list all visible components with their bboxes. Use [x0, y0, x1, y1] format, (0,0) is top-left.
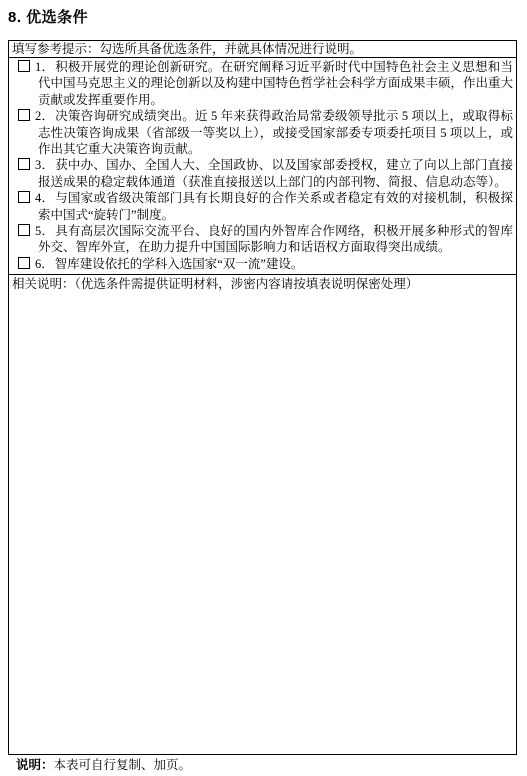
page-title: 8. 优选条件	[8, 6, 88, 27]
related-notes-blank-area[interactable]	[12, 293, 513, 753]
item-number: 1．	[35, 60, 54, 74]
form-page: 8. 优选条件 填写参考提示：勾选所具备优选条件，并就具体情况进行说明。 1．积…	[0, 0, 527, 776]
condition-item-5: 5．具有高层次国际交流平台、良好的国内外智库合作网络，积极开展多种形式的智库外交…	[12, 223, 513, 256]
preferred-conditions-table: 填写参考提示：勾选所具备优选条件，并就具体情况进行说明。 1．积极开展党的理论创…	[8, 40, 517, 755]
related-notes-label: 相关说明：（优选条件需提供证明材料，涉密内容请按填表说明保密处理）	[12, 276, 513, 293]
footer-note: 说明：本表可自行复制、加页。	[16, 757, 191, 774]
checkbox-unchecked-icon[interactable]	[18, 109, 30, 121]
item-number: 2．	[35, 109, 54, 123]
checkbox-unchecked-icon[interactable]	[18, 60, 30, 72]
checkbox-unchecked-icon[interactable]	[18, 158, 30, 170]
checkbox-unchecked-icon[interactable]	[18, 257, 30, 269]
fill-tip-row: 填写参考提示：勾选所具备优选条件，并就具体情况进行说明。	[9, 41, 516, 58]
fill-tip-text: 填写参考提示：勾选所具备优选条件，并就具体情况进行说明。	[12, 42, 362, 56]
item-text: 积极开展党的理论创新研究。在研究阐释习近平新时代中国特色社会主义思想和当代中国马…	[38, 60, 513, 107]
condition-items-section: 1．积极开展党的理论创新研究。在研究阐释习近平新时代中国特色社会主义思想和当代中…	[9, 58, 516, 275]
item-number: 6．	[35, 257, 54, 271]
item-text: 获中办、国办、全国人大、全国政协、以及国家部委授权，建立了向以上部门直接报送成果…	[38, 158, 513, 188]
item-text: 智库建设依托的学科入选国家“双一流”建设。	[55, 257, 304, 271]
footer-note-text: 本表可自行复制、加页。	[54, 758, 192, 772]
item-text: 与国家或省级决策部门具有长期良好的合作关系或者稳定有效的对接机制，积极探索中国式…	[38, 191, 513, 221]
checkbox-unchecked-icon[interactable]	[18, 191, 30, 203]
footer-note-label: 说明：	[16, 758, 54, 772]
item-text: 决策咨询研究成绩突出。近 5 年来获得政治局常委级领导批示 5 项以上，或取得标…	[38, 109, 513, 156]
condition-item-1: 1．积极开展党的理论创新研究。在研究阐释习近平新时代中国特色社会主义思想和当代中…	[12, 59, 513, 108]
checkbox-unchecked-icon[interactable]	[18, 224, 30, 236]
item-number: 5．	[35, 224, 54, 238]
condition-item-4: 4．与国家或省级决策部门具有长期良好的合作关系或者稳定有效的对接机制，积极探索中…	[12, 190, 513, 223]
item-number: 4．	[35, 191, 54, 205]
item-text: 具有高层次国际交流平台、良好的国内外智库合作网络，积极开展多种形式的智库外交、智…	[38, 224, 513, 254]
condition-item-2: 2．决策咨询研究成绩突出。近 5 年来获得政治局常委级领导批示 5 项以上，或取…	[12, 108, 513, 157]
condition-item-3: 3．获中办、国办、全国人大、全国政协、以及国家部委授权，建立了向以上部门直接报送…	[12, 157, 513, 190]
condition-item-6: 6．智库建设依托的学科入选国家“双一流”建设。	[12, 256, 513, 272]
item-number: 3．	[35, 158, 54, 172]
related-notes-section: 相关说明：（优选条件需提供证明材料，涉密内容请按填表说明保密处理）	[9, 275, 516, 754]
